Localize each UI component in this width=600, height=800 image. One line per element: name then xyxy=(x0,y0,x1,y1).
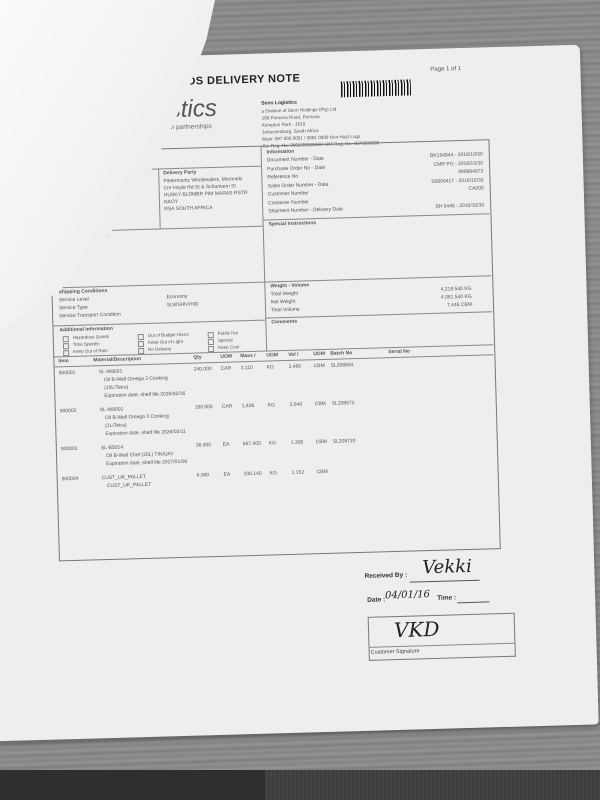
mass: 106.140 xyxy=(244,471,262,478)
weight-row-label: Net Weight xyxy=(271,299,296,306)
checkbox[interactable] xyxy=(138,348,144,354)
column-header: UOM xyxy=(220,354,232,360)
date-label: Date : xyxy=(367,596,385,604)
batch-number: SL208804 xyxy=(331,362,354,369)
volume-uom: CBM xyxy=(317,469,328,475)
company-address: Senn Logistics a Division of Senn Holdin… xyxy=(261,96,379,149)
material-description: (1L/Tetra) xyxy=(105,422,127,429)
info-row-label: Reference No xyxy=(267,174,298,181)
checkbox[interactable] xyxy=(63,350,69,356)
shipping-row-value: Economy xyxy=(167,294,188,301)
qty: 190.000 xyxy=(195,404,213,411)
volume-uom: CBM xyxy=(315,401,326,407)
info-row-label: Container Number xyxy=(268,199,309,206)
info-row-value: 999994873 xyxy=(458,168,483,175)
checkbox[interactable] xyxy=(138,334,144,340)
uom: CAR xyxy=(222,404,233,410)
weight-volume-label: Weight - Volume xyxy=(270,282,309,289)
additional-info-option: No Delivery xyxy=(148,346,171,352)
info-row-label: Customer Number xyxy=(268,190,309,197)
mass: 3,110 xyxy=(241,365,253,371)
weight-row-value: 7.445 CBM xyxy=(447,302,472,309)
material-description: (10L/Tetra) xyxy=(104,384,128,391)
address-line: a Division of Senn Holdings (Pty) Ltd xyxy=(261,107,336,114)
barcode xyxy=(341,79,411,97)
weight-row-label: Total Weight xyxy=(271,291,299,298)
comments-label: Comments xyxy=(271,319,297,326)
checkbox[interactable] xyxy=(63,336,69,342)
weight-row-value: 4,219.540 KG xyxy=(441,286,472,293)
qty: 6.000 xyxy=(197,472,210,478)
floor-mat xyxy=(265,770,600,800)
mass-uom: KG xyxy=(269,440,276,446)
weight-row-value: 4,061.540 KG xyxy=(441,294,472,301)
address-line: 166 Pomona Road, Pomona xyxy=(262,114,320,121)
received-by-line xyxy=(410,580,480,583)
column-header: Vol / xyxy=(288,352,298,358)
customer-signature: VKD xyxy=(394,617,440,642)
column-header: Serial No xyxy=(388,349,410,356)
additional-info-option: Keep Cool xyxy=(218,344,239,350)
uom: EA xyxy=(224,472,231,478)
batch-number: SL208720 xyxy=(333,438,356,445)
time-label: Time : xyxy=(437,594,456,602)
info-row-value: CA005 xyxy=(468,185,483,191)
column-header: UOM xyxy=(266,352,278,358)
uom: EA xyxy=(223,442,230,448)
address-line: Johannesburg, South Africa xyxy=(262,128,319,135)
page-number: Page 1 of 1 xyxy=(430,66,461,73)
material-code: SL-B5014 xyxy=(101,445,123,452)
volume-uom: CBM xyxy=(314,363,325,369)
volume: 1.305 xyxy=(291,440,304,446)
address-line: Kempton Park - 1619 xyxy=(262,121,306,127)
additional-info-option: Time Specific xyxy=(73,341,100,347)
checkbox[interactable] xyxy=(208,346,214,352)
material-code: CUST_UK_PALLET xyxy=(102,474,147,481)
additional-info-option: Hazardous Goods xyxy=(73,334,109,340)
checkbox[interactable] xyxy=(63,343,69,349)
time-line xyxy=(457,601,489,603)
mass: 667.400 xyxy=(243,441,261,448)
information-label: Information xyxy=(267,149,295,156)
mass-uom: KG xyxy=(267,364,274,370)
checkbox[interactable] xyxy=(138,341,144,347)
checkbox[interactable] xyxy=(208,332,214,338)
additional-info-option: Keep Out of Light xyxy=(148,339,183,345)
material-description: CUST_UK_PALLET xyxy=(107,482,152,489)
item-number: 900001 xyxy=(59,370,76,376)
volume-uom: CBM xyxy=(316,439,327,445)
column-header: Mass / xyxy=(240,353,255,359)
additional-info-option: Special xyxy=(218,337,233,342)
received-by-signature: Vekki xyxy=(422,556,472,578)
date-value: 04/01/16 xyxy=(385,589,430,601)
additional-info-option: Keep Out of Rain xyxy=(73,348,108,354)
additional-info-option: Public Hol xyxy=(218,330,238,336)
qty: 240.000 xyxy=(194,366,212,373)
column-header: Qty xyxy=(193,354,202,360)
checkbox[interactable] xyxy=(208,339,214,345)
volume: 3.460 xyxy=(289,364,302,370)
company-name: Senn Logistics xyxy=(261,100,297,107)
weight-row-label: Total Volume xyxy=(271,307,300,314)
uom: CAR xyxy=(221,366,232,372)
material-code: SL-W8001 xyxy=(100,407,124,414)
delivery-party-label: Delivery Party xyxy=(163,169,197,176)
column-header: Item xyxy=(58,358,68,364)
material-code: SL-W8001 xyxy=(99,369,123,376)
shipping-row-label: Service Level xyxy=(59,297,89,304)
received-by-label: Received By : xyxy=(364,572,407,580)
mass-uom: KG xyxy=(270,470,277,476)
volume: 1.152 xyxy=(292,470,305,476)
delivery-party-line: NAOY xyxy=(164,199,178,205)
shipping-row-value: SLWSHNYND xyxy=(167,301,199,308)
mass: 1,408 xyxy=(242,403,255,409)
mass-uom: KG xyxy=(268,402,275,408)
column-header: UOM xyxy=(313,351,325,357)
shipping-row-label: Service Type xyxy=(59,305,88,312)
batch-number: SL208872 xyxy=(332,400,355,407)
volume: 2.640 xyxy=(290,402,303,408)
item-number: 900002 xyxy=(60,408,77,414)
item-number: 900004 xyxy=(62,476,79,482)
item-number: 900003 xyxy=(61,446,78,452)
column-header: Batch No xyxy=(330,350,352,357)
qty: 36.000 xyxy=(196,442,211,448)
